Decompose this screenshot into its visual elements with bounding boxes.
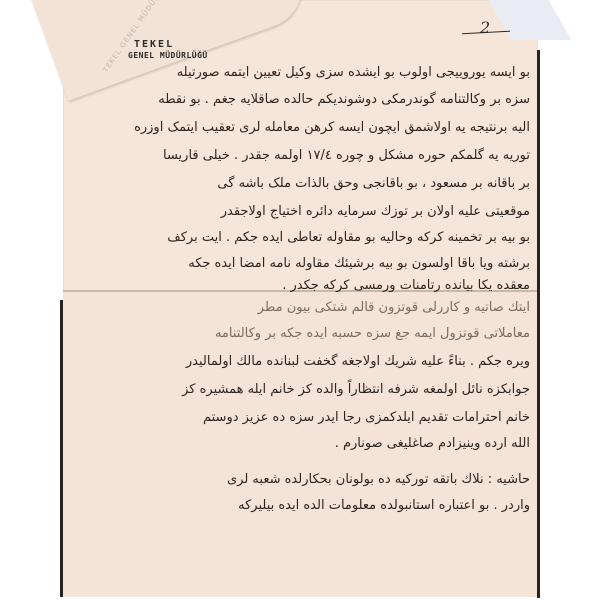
handwritten-line: بو بیه بر تخمینه کركه وحالیه بو مقاوله ت…	[167, 230, 530, 245]
letterhead: TEKEL GENEL MÜDÜRLÜĞÜ	[128, 39, 208, 60]
handwritten-line: واردر . بو اعتباره استانبولده معلومات ال…	[238, 498, 530, 513]
letterhead-line-2: GENEL MÜDÜRLÜĞÜ	[128, 51, 208, 60]
page-number: 2	[480, 18, 490, 37]
handwritten-line: توریه یه گلمکم حوره مشکل و چوره ١٧/٤ اول…	[163, 148, 530, 163]
handwritten-line: برشته ویا باقا اولسون بو بیه برشیئك مقاو…	[188, 256, 530, 271]
handwritten-line: الیه برنتیجه یه اولاشمق ایچون ایسه کرهن …	[134, 120, 530, 135]
background-edge-right	[537, 50, 540, 598]
letterhead-line-1: TEKEL	[128, 39, 208, 50]
handwritten-line: ایتك صاتیه و کاررلی قوتزون قالم شتکی بیو…	[258, 300, 530, 315]
background-edge-left	[60, 300, 63, 597]
handwritten-line: ویره جکم . بناءً علیه شریك اولاجغه گخفت …	[186, 354, 530, 369]
handwritten-line: الله ارده وینیزادم صاغلیغی صونارم .	[335, 436, 530, 451]
handwritten-line: جوابکزه نائل اولمغه شرفه انتظاراً والده …	[182, 382, 530, 397]
handwritten-line: خانم احترامات تقدیم ایلدکمزی رجا ایدر سز…	[203, 410, 530, 425]
handwritten-line: بو ایسه یوروییجی اولوب بو ایشده سزی وکیل…	[177, 65, 530, 80]
handwritten-line: معاملاتی قوتزول ایمه جغ سزه حسبه ایده جک…	[215, 326, 530, 341]
handwritten-line: معقده یکا بیانده رتامنات ورمسی کرکه جکدر…	[282, 278, 530, 293]
handwritten-line: حاشیه : نلاك باتقه تورکیه ده بولونان بحک…	[227, 472, 530, 487]
handwritten-line: بر باقانه بر مسعود ، بو باقانجی وحق بالذ…	[217, 176, 530, 191]
handwritten-line: موقعیتی علیه اولان بر توزك سرمایه دائره …	[221, 204, 530, 219]
handwritten-line: سزه بر وکالتنامه گوندرمکی دوشوندیکم حالد…	[158, 92, 530, 107]
